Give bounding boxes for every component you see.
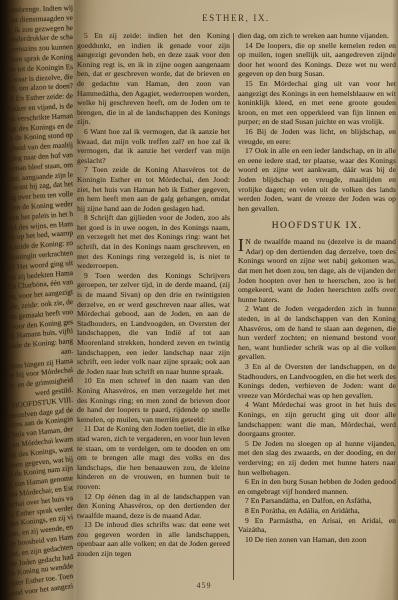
column-divider-rule [233,33,234,580]
verse-paragraph: 8 Schrijft dan gijlieden voor de Joden, … [77,213,230,271]
opening-paragraph-text: N de twaalfde maand nu (dezelve is de ma… [238,237,396,304]
verse-paragraph: 17 Ook in alle en een ieder landschap, e… [238,146,396,213]
left-page-fragment: ombrenge. Indien wijen tot dienstmaagden… [0,0,74,600]
verse-paragraph: 7 En Parsandátha, en Dalfon, en Asfátha, [238,496,396,506]
verse-paragraph: 13 De inhoud dies schrifts was: dat eene… [77,520,230,558]
verse-paragraph: 11 Dat de Koning den Joden toeliet, die … [77,424,230,491]
verse-paragraph: 9 Toen werden des Konings Schrijvers ger… [77,271,230,377]
verse-paragraph: 14 De loopers, die op snelle kemelen red… [238,41,396,79]
verse-paragraph: 16 Bij de Joden was licht, en blijdschap… [238,127,396,146]
chapter-opening-paragraph: IN de twaalfde maand nu (dezelve is de m… [238,237,396,304]
verse-paragraph: dien dag, om zich te wreken aan hunne vi… [238,31,396,41]
verse-paragraph: 5 En zij zeide: indien het den Koning go… [77,31,230,127]
verse-paragraph: 8 En Porátha, en Adália, en Aridátha, [238,506,396,516]
verse-paragraph: 12 Op éénen dag in al de landschappen va… [77,492,230,521]
text-column-left: 5 En zij zeide: indien het den Koning go… [77,31,230,580]
left-page-text: ombrenge. Indien wijen tot dienstmaagden… [0,3,73,591]
verse-paragraph: 9 En Parmástha, en Arisai, en Aridai, en… [238,516,396,535]
verse-paragraph: 10 De tien zonen van Haman, den zoon [238,535,396,545]
verse-paragraph: 10 En men schreef in den naam van den Ko… [77,376,230,424]
chapter-heading: HOOFDSTUK IX. [238,221,396,231]
verse-paragraph: 4 Want Mórdechai was groot in het huis d… [238,400,396,438]
running-head: ESTHER, IX. [74,13,398,23]
open-book-photo: ombrenge. Indien wijen tot dienstmaagden… [0,0,398,600]
verse-paragraph: 2 Want de Joden vergaderden zich in hunn… [238,304,396,362]
verses-before-heading: dien dag, om zich te wreken aan hunne vi… [238,31,396,213]
verse-paragraph: 6 En in den burg Susan hebben de Joden g… [238,477,396,496]
page-number: 459 [174,581,234,590]
verse-paragraph: 7 Toen zeide de Koning Ahasvéros tot de … [77,165,230,213]
text-columns: 5 En zij zeide: indien het den Koning go… [77,31,396,580]
verses-after-heading: 2 Want de Joden vergaderden zich in hunn… [238,304,396,544]
verse-paragraph: 3 En al de Oversten der landschappen, en… [238,362,396,400]
verse-paragraph: 5 De Joden nu sloegen op al hunne vijand… [238,439,396,477]
verse-paragraph: 6 Want hoe zal ik vermogen, dat ik aanzi… [77,127,230,165]
book-page: ESTHER, IX. 5 En zij zeide: indien het d… [74,0,398,600]
verse-paragraph: 15 En Mórdechai ging uit van voor het aa… [238,79,396,127]
text-column-right: dien dag, om zich te wreken aan hunne vi… [238,31,396,580]
